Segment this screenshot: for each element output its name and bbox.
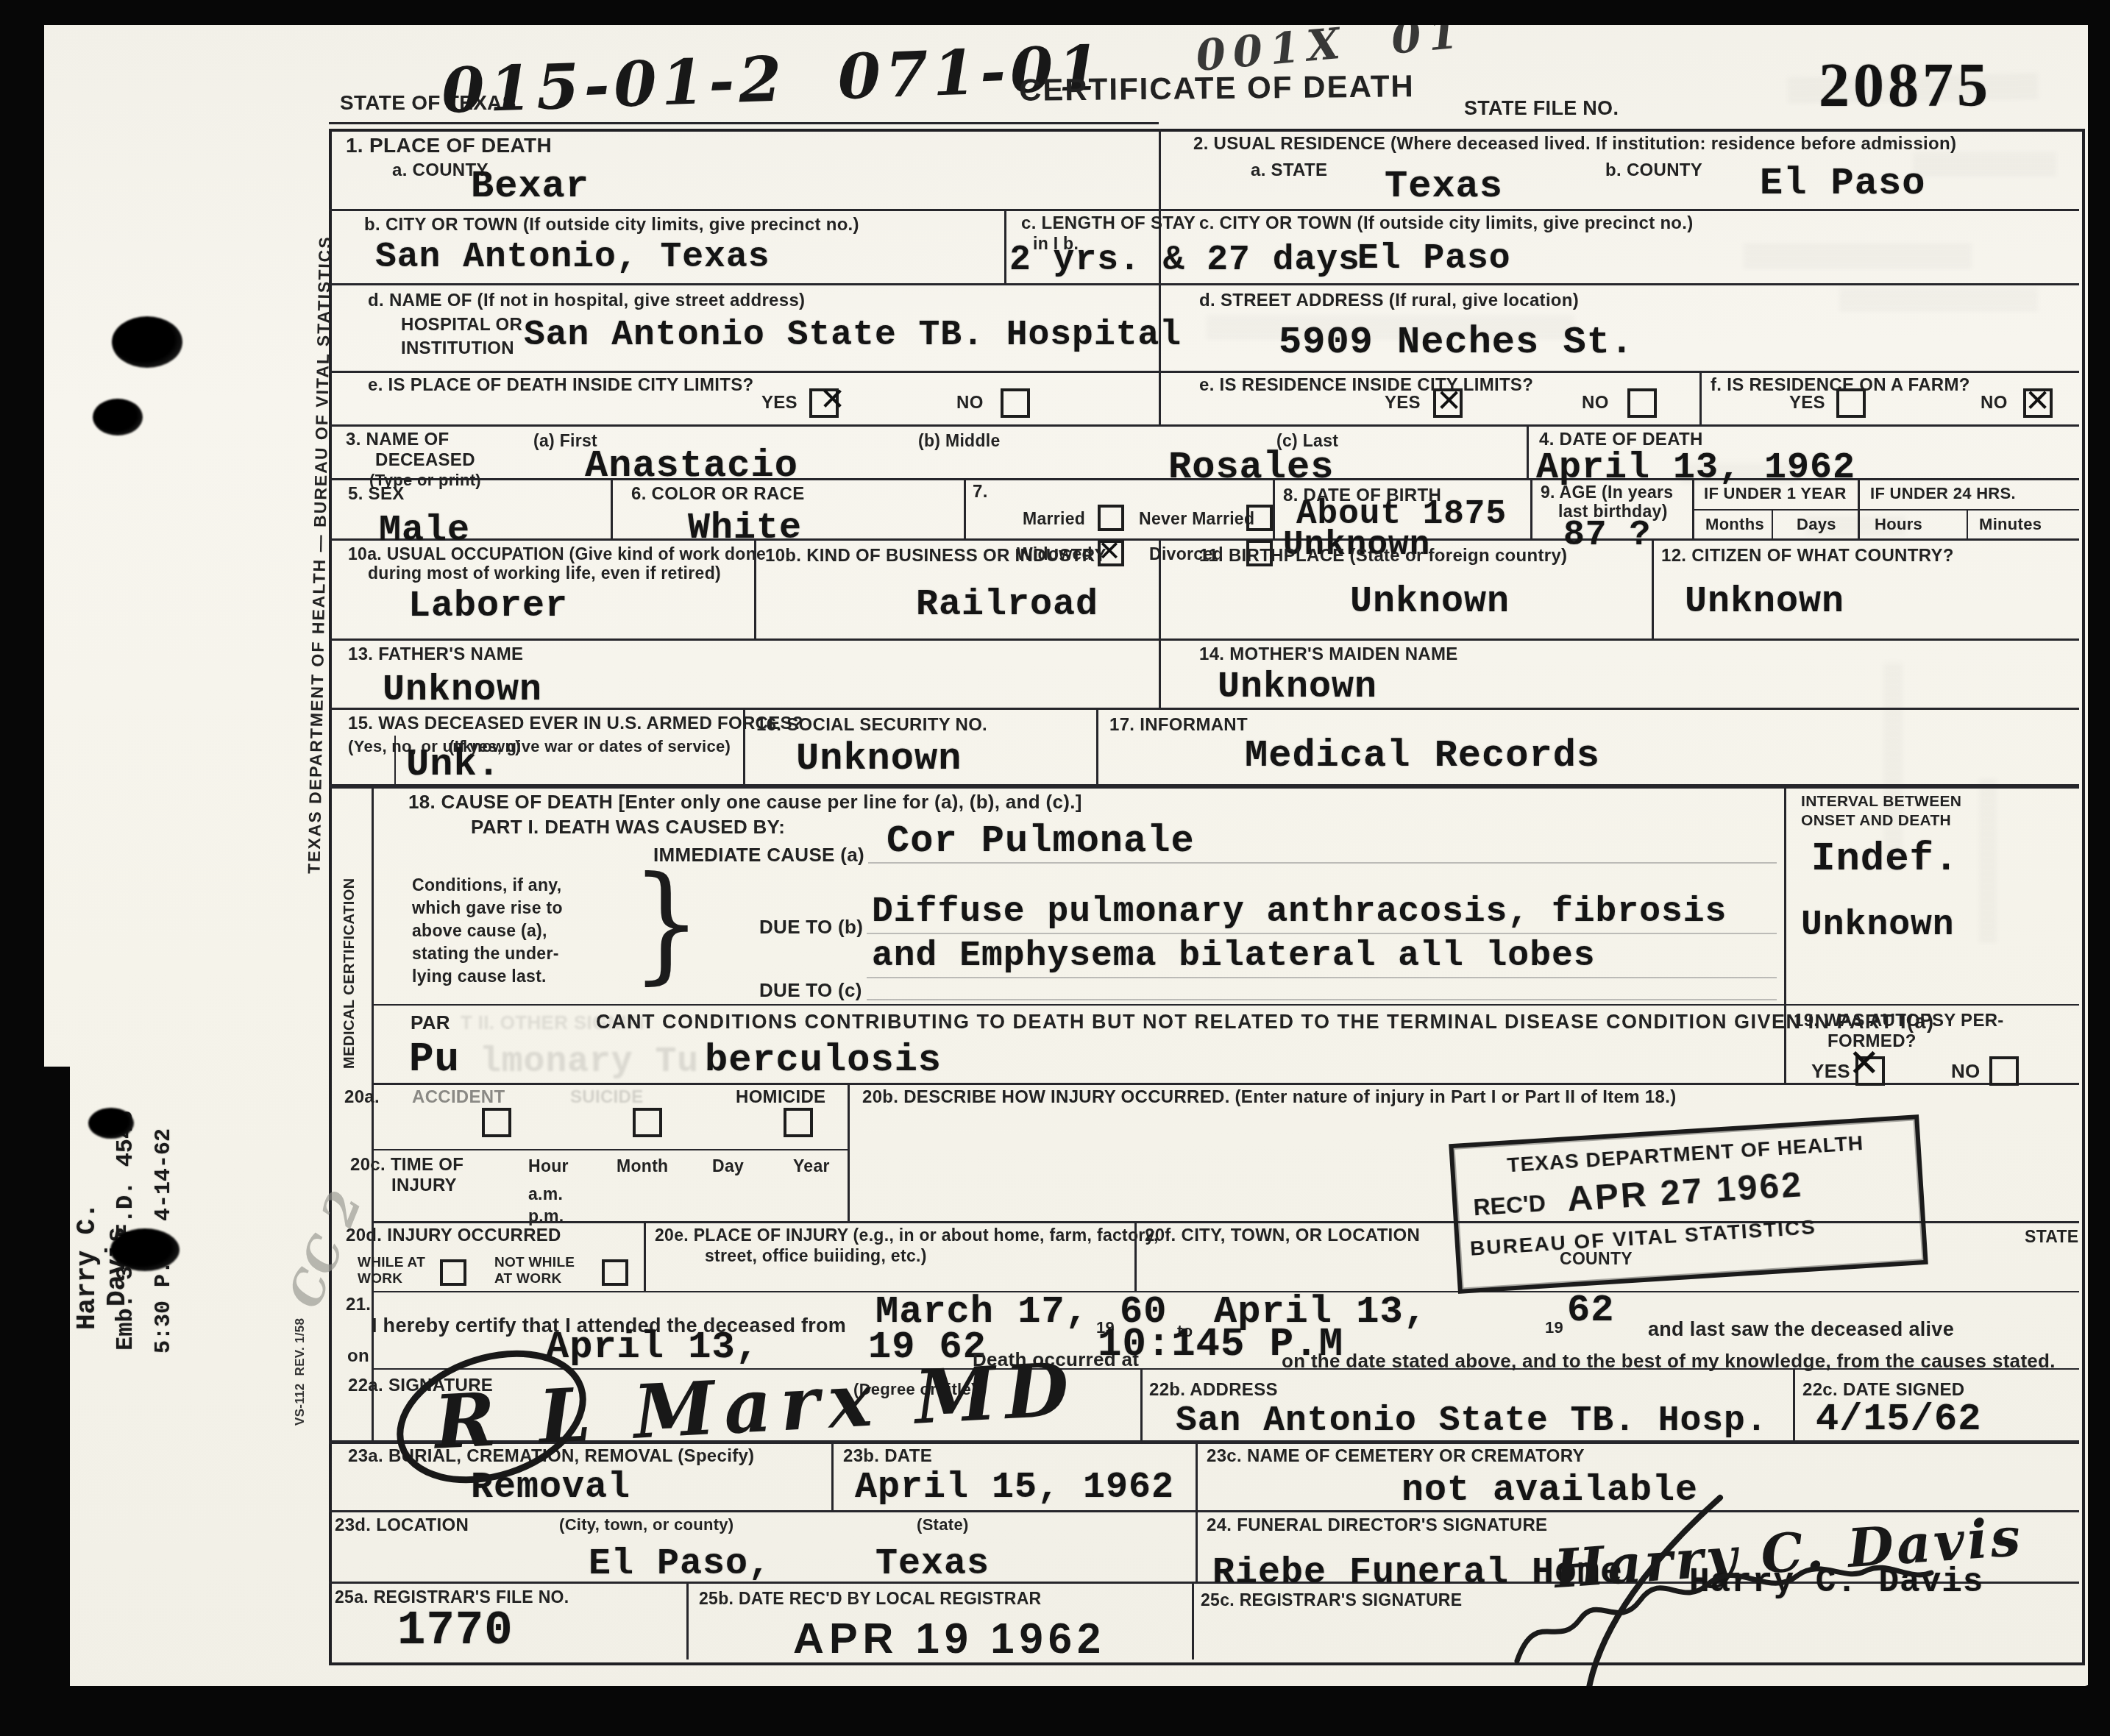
field-9-months-label: Months	[1705, 515, 1764, 533]
interval-a-value: Indef.	[1811, 840, 1958, 880]
grid-line	[372, 1083, 2079, 1085]
field-23d-sub2: (State)	[917, 1515, 969, 1534]
field-20c-label1: 20c. TIME OF	[350, 1155, 463, 1175]
field-20c-day-label: Day	[712, 1156, 744, 1175]
scan-edge-top	[0, 0, 2110, 25]
field-20b-label: 20b. DESCRIBE HOW INJURY OCCURRED. (Ente…	[862, 1087, 1676, 1108]
checked-mark-icon	[2025, 385, 2050, 416]
grid-line	[1530, 478, 1532, 538]
field-25a-file-no-value: 1770	[397, 1608, 514, 1655]
checkbox-never-married	[1246, 505, 1273, 531]
field-9-age-value: 87 ?	[1563, 518, 1651, 553]
field-25b-label: 25b. DATE REC'D BY LOCAL REGISTRAR	[699, 1589, 1042, 1608]
checkbox-while-at-work	[440, 1259, 466, 1286]
grid-line	[372, 1004, 2079, 1006]
grid-line	[329, 638, 2079, 641]
field-20f-label: 20f. CITY, TOWN, OR LOCATION	[1145, 1225, 1420, 1246]
field-17-label: 17. INFORMANT	[1109, 715, 1248, 736]
grid-line	[1967, 509, 1968, 538]
checkbox-1e-no	[1001, 388, 1030, 418]
grid-line	[964, 478, 966, 538]
field-11-birthplace-value: Unknown	[1350, 584, 1510, 621]
field-20a-accident-label: ACCIDENT	[412, 1087, 505, 1108]
value-line	[867, 977, 1777, 978]
grid-line	[1140, 1368, 1143, 1440]
field-9-label1: 9. AGE (In years	[1541, 483, 1673, 502]
grid-line	[644, 1221, 646, 1291]
grid-line	[329, 283, 2079, 285]
grid-line	[1784, 784, 1786, 1083]
field-23d-city-value: El Paso,	[589, 1546, 771, 1583]
field-18b-cause-line1: Diffuse pulmonary anthracosis, fibrosis	[872, 894, 1727, 930]
field-22b-label: 22b. ADDRESS	[1149, 1380, 1278, 1401]
field-9-under24-label: IF UNDER 24 HRS.	[1870, 484, 2016, 502]
field-18-part2-label: CANT CONDITIONS CONTRIBUTING TO DEATH BU…	[596, 1011, 1935, 1034]
value-line	[867, 933, 1777, 934]
field-1-title: 1. PLACE OF DEATH	[346, 134, 552, 157]
grid-line	[329, 708, 2079, 710]
registrar-date-stamp: APR 19 1962	[793, 1614, 1106, 1663]
stamp-line3: BUREAU OF VITAL STATISTICS	[1469, 1215, 1817, 1261]
field-2e-no-label: NO	[1582, 393, 1609, 413]
field-20a-suicide-label: SUICIDE	[570, 1087, 643, 1108]
field-20a-number: 20a.	[344, 1087, 380, 1108]
punch-hole	[88, 1108, 134, 1139]
field-9-days-label: Days	[1797, 515, 1836, 533]
grid-line	[1196, 1440, 1198, 1510]
field-20a-homicide-label: HOMICIDE	[736, 1087, 825, 1108]
grid-line	[1772, 509, 1773, 538]
field-1c-stay-value: 2 yrs. & 27 days	[1009, 243, 1360, 278]
checkbox-not-while-at-work	[602, 1259, 628, 1286]
field-9-minutes-label: Minutes	[1979, 515, 2042, 533]
margin-medical-certification-label: MEDICAL CERTIFICATION	[341, 911, 358, 1069]
brace-icon	[631, 850, 701, 997]
field-20d-not2: AT WORK	[494, 1271, 561, 1287]
field-19-no-label: NO	[1951, 1061, 1981, 1083]
scan-edge-right	[2088, 0, 2110, 1736]
checkbox-2f-yes	[1836, 388, 1866, 418]
field-20d-label: 20d. INJURY OCCURRED	[346, 1225, 561, 1246]
field-11-label: 11. BIRTHPLACE (State or foreign country…	[1199, 546, 1567, 566]
field-2c-label: c. CITY OR TOWN (If outside city limits,…	[1199, 213, 1694, 234]
field-4-date-of-death: April 13, 1962	[1536, 450, 1855, 487]
field-18c-label: DUE TO (c)	[759, 980, 862, 1002]
grid-line	[831, 1440, 834, 1510]
scan-edge-bottom	[0, 1686, 2110, 1736]
stamp-recd-label: REC'D	[1473, 1189, 1546, 1221]
checked-mark-icon	[1436, 385, 1462, 416]
grid-line	[1793, 1368, 1795, 1440]
received-date-stamp: TEXAS DEPARTMENT OF HEALTH REC'D APR 27 …	[1449, 1114, 1928, 1294]
grid-line	[686, 1582, 689, 1659]
field-20e-label2: street, office buiiding, etc.)	[705, 1246, 927, 1265]
grid-line	[329, 538, 2079, 541]
field-1e-label: e. IS PLACE OF DEATH INSIDE CITY LIMITS?	[368, 375, 753, 396]
field-1e-yes-label: YES	[761, 393, 798, 413]
field-20e-label1: 20e. PLACE OF INJURY (e.g., in or about …	[655, 1225, 1159, 1245]
field-5-label: 5. SEX	[348, 484, 405, 505]
field-18-part2-value-start: Pu	[409, 1039, 460, 1080]
field-14-mother-value: Unknown	[1218, 669, 1377, 706]
field-3-label2: DECEASED	[375, 450, 475, 471]
grid-line	[1096, 708, 1098, 784]
field-20d-not1: NOT WHILE	[494, 1255, 575, 1271]
field-2a-label: a. STATE	[1251, 160, 1327, 181]
field-20c-month-label: Month	[617, 1156, 668, 1175]
interval-b-value: Unknown	[1801, 908, 1955, 943]
field-1e-no-label: NO	[956, 393, 984, 413]
grid-line	[1192, 1582, 1194, 1659]
field-1d-hospital-value: San Antonio State TB. Hospital	[524, 318, 1182, 353]
grid-line	[372, 784, 374, 1440]
field-20c-hour-label: Hour	[528, 1156, 569, 1175]
field-3a-first-name: Anastacio	[585, 447, 798, 485]
value-line	[867, 999, 1777, 1000]
grid-line	[848, 1083, 850, 1221]
field-2e-label: e. IS RESIDENCE INSIDE CITY LIMITS?	[1199, 375, 1533, 396]
field-19-yes-label: YES	[1811, 1061, 1850, 1083]
punch-hole	[93, 399, 143, 435]
field-6-label: 6. COLOR OR RACE	[631, 484, 804, 505]
punch-hole	[112, 316, 182, 368]
field-6-race-value: White	[688, 511, 802, 547]
checkbox-accident	[482, 1108, 511, 1137]
ink-blob	[110, 1228, 180, 1271]
field-23b-date-value: April 15, 1962	[855, 1470, 1174, 1506]
grid-line-thick	[329, 784, 2079, 789]
field-2f-yes-label: YES	[1789, 393, 1825, 413]
field-24-label: 24. FUNERAL DIRECTOR'S SIGNATURE	[1207, 1515, 1547, 1536]
field-1d-label2: HOSPITAL OR	[401, 315, 522, 335]
document-title: CERTIFICATE OF DEATH	[1019, 68, 1415, 108]
field-18-conditions-note: Conditions, if any, which gave rise to a…	[412, 874, 563, 988]
field-2c-city-value: El Paso	[1357, 241, 1511, 277]
field-20c-am-label: a.m.	[528, 1184, 563, 1203]
field-1c-label: c. LENGTH OF STAY	[1021, 213, 1196, 234]
field-23c-cemetery-value: not available	[1402, 1473, 1698, 1509]
field-3-label1: 3. NAME OF	[346, 430, 449, 450]
on-label: on	[347, 1346, 369, 1367]
grid-line	[1159, 638, 1161, 708]
attended-to-year: 62	[1567, 1292, 1614, 1330]
field-18-label: 18. CAUSE OF DEATH [Enter only one cause…	[408, 791, 1082, 814]
field-20d-while2: WORK	[358, 1271, 402, 1287]
grid-line	[1004, 209, 1006, 283]
field-18a-cause-value: Cor Pulmonale	[887, 822, 1195, 861]
grid-line	[372, 1149, 848, 1150]
field-18-part1-label: PART I. DEATH WAS CAUSED BY:	[471, 817, 785, 839]
stamp-date: APR 27 1962	[1566, 1164, 1805, 1220]
field-18-part2-value-end: berculosis	[705, 1042, 942, 1080]
state-file-number: 20875	[1819, 50, 1992, 121]
field-16-label: 16. SOCIAL SECURITY NO.	[756, 715, 987, 736]
checked-mark-icon	[820, 384, 845, 415]
field-22b-address-value: San Antonio State TB. Hosp.	[1176, 1404, 1768, 1439]
field-20d-while1: WHILE AT	[358, 1255, 425, 1271]
field-21-number: 21.	[346, 1295, 371, 1315]
checkbox-homicide	[784, 1108, 813, 1137]
field-1d-label3: INSTITUTION	[401, 338, 514, 359]
field-1a-county-value: Bexar	[471, 168, 589, 206]
checkbox-married	[1098, 505, 1124, 531]
field-16-ssn-value: Unknown	[796, 740, 962, 778]
field-1b-city-value: San Antonio, Texas	[375, 240, 770, 275]
grid-line	[329, 371, 2079, 373]
checkbox-suicide	[633, 1108, 662, 1137]
field-25c-label: 25c. REGISTRAR'S SIGNATURE	[1201, 1590, 1462, 1609]
field-1d-label: d. NAME OF (If not in hospital, give str…	[368, 291, 805, 311]
field-19-label1: 19. WAS AUTOPSY PER-	[1794, 1011, 2004, 1031]
grid-line	[1858, 478, 1860, 538]
grid-line	[329, 424, 2079, 427]
certify-text-alive: and last saw the deceased alive	[1648, 1318, 1954, 1341]
grid-line	[1527, 424, 1529, 478]
field-2a-state-value: Texas	[1385, 168, 1503, 206]
field-2d-label: d. STREET ADDRESS (If rural, give locati…	[1199, 291, 1579, 311]
pre-printed-19: 19	[1545, 1318, 1563, 1337]
field-23d-label: 23d. LOCATION	[335, 1515, 469, 1536]
field-9-hours-label: Hours	[1875, 515, 1922, 533]
field-17-informant-value: Medical Records	[1245, 737, 1600, 775]
field-10b-industry-value: Railroad	[916, 587, 1098, 624]
field-13-father-value: Unknown	[383, 672, 542, 709]
field-23a-value: Removal	[471, 1470, 630, 1506]
field-23d-state-value: Texas	[875, 1546, 990, 1583]
field-23a-label: 23a. BURIAL, CREMATION, REMOVAL (Specify…	[348, 1446, 754, 1467]
state-file-no-label: STATE FILE NO.	[1464, 97, 1619, 120]
field-20c-label2: INJURY	[391, 1175, 457, 1196]
field-24-typed-name: Harry C. Davis	[1689, 1565, 1983, 1599]
grid-line	[1652, 538, 1654, 638]
certify-text-2: on the date stated above, and to the bes…	[1282, 1351, 2056, 1373]
field-22c-date-signed: 4/15/62	[1816, 1401, 1981, 1439]
field-18-part2-value-faded: lmonary Tu	[480, 1045, 699, 1080]
field-12-citizen-value: Unknown	[1685, 584, 1844, 621]
field-2b-county-value: El Paso	[1760, 165, 1925, 203]
field-7-never-married-label: Never Married	[1139, 509, 1254, 528]
field-23c-label: 23c. NAME OF CEMETERY OR CREMATORY	[1207, 1446, 1585, 1467]
field-2b-label: b. COUNTY	[1605, 160, 1702, 181]
field-23b-label: 23b. DATE	[843, 1446, 932, 1467]
scan-edge-left-lower	[0, 1067, 70, 1736]
field-10a-label2: during most of working life, even if ret…	[368, 563, 721, 583]
field-18-part2-fragment: PAR	[411, 1012, 450, 1034]
field-10a-occupation-value: Laborer	[408, 588, 568, 625]
field-15-armed-forces-value: Unk.	[406, 746, 501, 784]
field-7-married-label: Married	[1023, 509, 1085, 528]
checkbox-2e-no	[1627, 388, 1657, 418]
field-20c-year-label: Year	[793, 1156, 830, 1175]
field-20f-state-label: STATE	[2025, 1227, 2078, 1246]
field-3b-label: (b) Middle	[918, 431, 1001, 450]
field-14-label: 14. MOTHER'S MAIDEN NAME	[1199, 644, 1458, 665]
field-12-label: 12. CITIZEN OF WHAT COUNTRY?	[1661, 546, 1954, 566]
field-13-label: 13. FATHER'S NAME	[348, 644, 523, 665]
field-23d-sub1: (City, town, or county)	[559, 1515, 733, 1534]
field-10a-label1: 10a. USUAL OCCUPATION (Give kind of work…	[348, 544, 766, 563]
checkbox-19-no	[1989, 1056, 2019, 1086]
field-2e-yes-label: YES	[1385, 393, 1421, 413]
field-25a-label: 25a. REGISTRAR'S FILE NO.	[335, 1587, 569, 1607]
death-on-date: April 13,	[546, 1328, 759, 1367]
grid-line	[329, 209, 2079, 211]
field-9-under1yr-label: IF UNDER 1 YEAR	[1704, 484, 1847, 502]
grid-line	[1699, 371, 1702, 424]
field-2f-no-label: NO	[1981, 393, 2008, 413]
grid-line	[329, 1510, 2079, 1512]
grid-line	[1196, 1510, 1198, 1582]
field-3c-last-name: Rosales	[1168, 449, 1334, 487]
field-10b-label: 10b. KIND OF BUSINESS OR INDUSTRY	[765, 546, 1106, 566]
field-18b-cause-line2: and Emphysema bilateral all lobes	[872, 939, 1596, 974]
checked-mark-icon	[1848, 1045, 1880, 1083]
field-20c-pm-label: p.m.	[528, 1206, 564, 1225]
field-15-label: 15. WAS DECEASED EVER IN U.S. ARMED FORC…	[348, 714, 803, 734]
field-2-title: 2. USUAL RESIDENCE (Where deceased lived…	[1193, 134, 1956, 154]
field-7-label: 7.	[973, 482, 988, 502]
scanned-death-certificate: STATE OF TEXAS 015-01-2 071-01 001X 01 C…	[0, 0, 2110, 1736]
interval-label1: INTERVAL BETWEEN	[1801, 793, 1961, 811]
field-2d-street-value: 5909 Neches St.	[1279, 324, 1634, 362]
field-18b-label: DUE TO (b)	[759, 917, 863, 939]
field-1b-label: b. CITY OR TOWN (If outside city limits,…	[364, 215, 859, 235]
grid-line	[1692, 509, 2079, 511]
interval-label2: ONSET AND DEATH	[1801, 812, 1951, 830]
margin-form-number: VS-112 REV. 1/58	[293, 1317, 308, 1427]
